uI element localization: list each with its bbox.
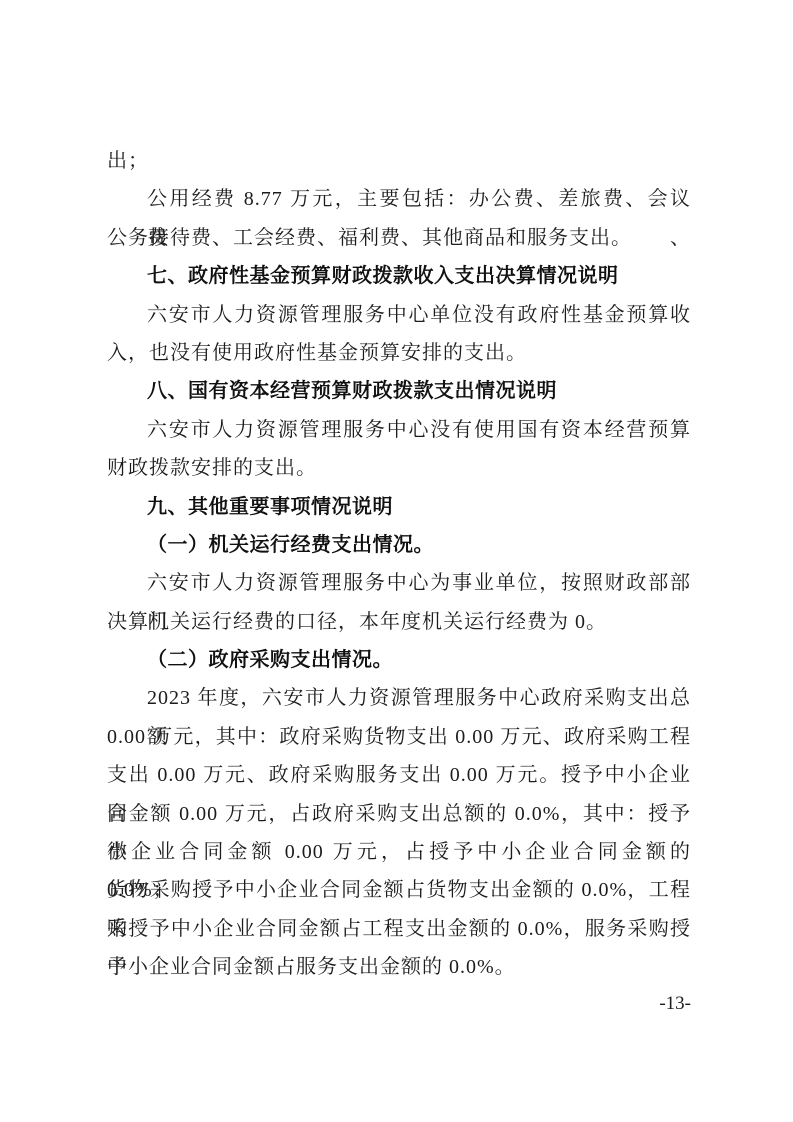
heading-line: 八、国有资本经营预算财政拨款支出情况说明 xyxy=(107,372,691,410)
text-line: 六安市人力资源管理服务中心单位没有政府性基金预算收 xyxy=(107,296,691,334)
text-line: 六安市人力资源管理服务中心没有使用国有资本经营预算 xyxy=(107,411,691,449)
text-line: 支出 0.00 万元、政府采购服务支出 0.00 万元。授予中小企业合 xyxy=(107,756,691,794)
text-line: 财政拨款安排的支出。 xyxy=(107,449,691,487)
heading-line: （一）机关运行经费支出情况。 xyxy=(107,526,691,564)
text-line: 决算机关运行经费的口径，本年度机关运行经费为 0。 xyxy=(107,603,691,641)
text-line: 公务接待费、工会经费、福利费、其他商品和服务支出。 xyxy=(107,219,691,257)
text-line: 中小企业合同金额占服务支出金额的 0.0%。 xyxy=(107,948,691,986)
document-body: 出；公用经费 8.77 万元，主要包括：办公费、差旅费、会议费、公务接待费、工会… xyxy=(107,142,691,987)
text-line: 六安市人力资源管理服务中心为事业单位，按照财政部部门 xyxy=(107,564,691,602)
page-number: -13- xyxy=(659,993,691,1014)
page-footer: -13- xyxy=(659,992,691,1016)
heading-line: 七、政府性基金预算财政拨款收入支出决算情况说明 xyxy=(107,257,691,295)
document-page: 出；公用经费 8.77 万元，主要包括：办公费、差旅费、会议费、公务接待费、工会… xyxy=(0,0,793,1122)
text-line: 货物采购授予中小企业合同金额占货物支出金额的 0.0%，工程采 xyxy=(107,871,691,909)
text-line: 同金额 0.00 万元，占政府采购支出总额的 0.0%，其中：授予小 xyxy=(107,795,691,833)
text-line: 出； xyxy=(107,142,691,180)
text-line: 公用经费 8.77 万元，主要包括：办公费、差旅费、会议费、 xyxy=(107,180,691,218)
text-line: 微企业合同金额 0.00 万元，占授予中小企业合同金额的 0.0%； xyxy=(107,833,691,871)
text-line: 入，也没有使用政府性基金预算安排的支出。 xyxy=(107,334,691,372)
text-line: 0.00 万元，其中：政府采购货物支出 0.00 万元、政府采购工程 xyxy=(107,718,691,756)
text-line: 购授予中小企业合同金额占工程支出金额的 0.0%，服务采购授予 xyxy=(107,910,691,948)
heading-line: （二）政府采购支出情况。 xyxy=(107,641,691,679)
text-line: 2023 年度，六安市人力资源管理服务中心政府采购支出总额 xyxy=(107,679,691,717)
heading-line: 九、其他重要事项情况说明 xyxy=(107,488,691,526)
